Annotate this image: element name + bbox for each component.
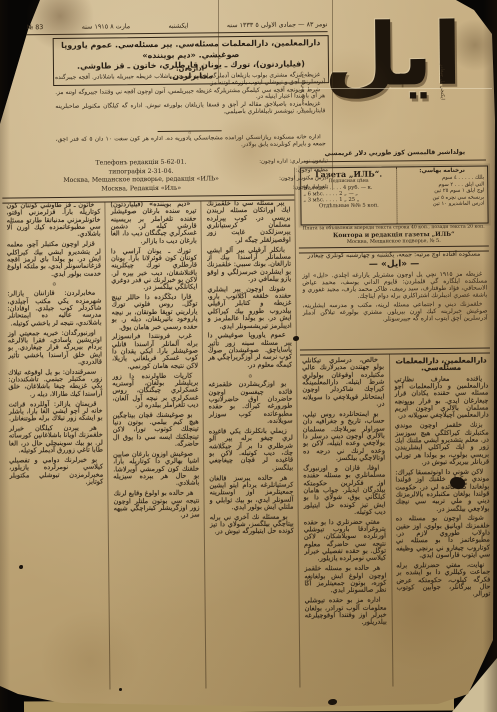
lead-article-title: دارالمعلمين، دارالمعلمات مسئله‌سي. xyxy=(394,356,488,372)
address-value: Москва, Мещанское подворье, редакція «ИЛ… xyxy=(40,175,242,184)
single-issue-price: Отдѣльные №№ 5 коп. xyxy=(303,202,394,209)
from-administration: اداره‌دن: غزيطه مزگه مشترى بولوب يازيلغا… xyxy=(55,63,326,130)
russian-subtitle: Подписная цѣна xyxy=(303,178,394,184)
phone-value: Телефонъ редакціи 5-62-01. xyxy=(40,158,242,167)
photo-of-newspaper: { "photo": { "background": "#070605", "p… xyxy=(0,0,497,712)
masthead-rule-2 xyxy=(300,347,490,355)
contents-line-1: دارالمعلمين، دارالمعلمات مسئله‌سي. يېر م… xyxy=(58,38,324,62)
column-rule xyxy=(389,355,393,687)
subscription-announcement: غزيطه مز ١٩١٥ نچي يل اوچون مشتريلر يازار… xyxy=(302,270,488,346)
ink-speck xyxy=(328,699,337,705)
price-line: آدرس آلماشديرو ١٠ تين xyxy=(400,201,484,208)
office-note-text: اداره خانه مسكوده ريازانسكي اورامده مشچا… xyxy=(56,134,326,150)
body-column-4: خالص، درسلري تيكانلي بولو جهتندن مديرلار… xyxy=(302,357,387,688)
brand-inline: — «ايل» — xyxy=(301,258,487,270)
price-box-russian: Газета „ИЛЬ“. Подписная цѣна На годъ . .… xyxy=(301,167,398,224)
fold-crease xyxy=(332,0,333,190)
weekday: ايكشنبه xyxy=(168,22,188,30)
print-value: типографія 2-31-04. xyxy=(40,167,242,176)
from-administration-paras: غزيطه مزگه مشترى بولوب يازيلغان آدملرگه … xyxy=(55,72,325,118)
telegram-value: Москва, Редакція «Иль» xyxy=(40,184,242,193)
column-text: خالص، درسلري تيكانلي بولو جهتندن مديرلار… xyxy=(302,357,387,627)
price-box: Газета „ИЛЬ“. Подписная цѣна На годъ . .… xyxy=(300,165,489,225)
masthead-side-note-left: بر نسخه سي ٥ تين xyxy=(300,71,306,111)
fold-crease xyxy=(300,88,492,89)
ornament-divider: ۞ xyxy=(7,280,101,288)
masthead-title: ايل xyxy=(296,7,489,104)
gregorian-date: مارت ٨ ١٩١٥ سنه xyxy=(82,22,131,31)
column-text: مخابرلردن: قازاننان يازالر: شهرمزده يكي … xyxy=(7,290,103,487)
masthead-side-note-right: ايكنجي يل چيغادر xyxy=(439,64,445,100)
body-column-3: يېر مسئله سي دا خلقمزنك ايك اوراتكان مسئ… xyxy=(206,200,295,689)
column-text: خاتون ـ قز طاوشي كوننان كون كوتاريله بار… xyxy=(6,202,101,279)
dateline: № 83 مارت ٨ ١٩١٥ سنه ايكشنبه نومر ٨٣ — ج… xyxy=(27,20,328,31)
russian-title: Газета „ИЛЬ“. xyxy=(303,168,394,179)
ink-speck xyxy=(119,688,122,691)
column-rule xyxy=(104,201,110,689)
body-column-2: «ديم بويننده» (فيلياردتون) تيره سنده بار… xyxy=(110,201,201,690)
column-text: يېر مسئله سي دا خلقمزنك ايك اوراتكان مسئ… xyxy=(206,200,292,370)
page-content: № 83 مارت ٨ ١٩١٥ سنه ايكشنبه نومر ٨٣ — ج… xyxy=(0,0,497,712)
office-address: Москва, Мещанское подворье, № 5. xyxy=(299,237,489,245)
ornament-divider: ۞ xyxy=(158,130,222,134)
ink-speck xyxy=(293,336,299,341)
contact-block: Телефонъ редакціи 5-62-01. تيليفون نومرل… xyxy=(40,157,328,194)
office-note: اداره خانه مسكوده ريازانسكي اورامده مشچا… xyxy=(56,134,326,158)
body-column-1: خاتون ـ قز طاوشي كوننان كون كوتاريله بار… xyxy=(6,202,105,691)
column-rule xyxy=(294,168,300,688)
ink-speck xyxy=(19,565,23,569)
column-text: «ديم بويننده» (فيلياردتون) تيره سنده بار… xyxy=(110,201,199,520)
contact-row-telegram: Москва, Редакція «Иль» تلغراملر اوچون: xyxy=(40,183,328,193)
fold-crease xyxy=(218,0,219,84)
ornament-divider: ۞ xyxy=(208,371,292,379)
column-rule xyxy=(200,200,206,688)
column-text: بو اوزگريشلردن خلقمزغه فائده چيغسون اوچو… xyxy=(208,381,294,536)
issue-number: № 83 xyxy=(27,23,44,31)
lead-article-text: ياقنده معارف نظارتي دارالمعلمين و دارالم… xyxy=(394,375,490,599)
arabic-price-title: نرخنامه بهاسي: xyxy=(400,168,484,175)
price-box-arabic: نرخنامه بهاسي: يللك . . . . . ٤ سوم آلتي… xyxy=(397,166,488,223)
body-column-5: دارالمعلمين، دارالمعلمات مسئله‌سي. ياقند… xyxy=(394,355,491,686)
